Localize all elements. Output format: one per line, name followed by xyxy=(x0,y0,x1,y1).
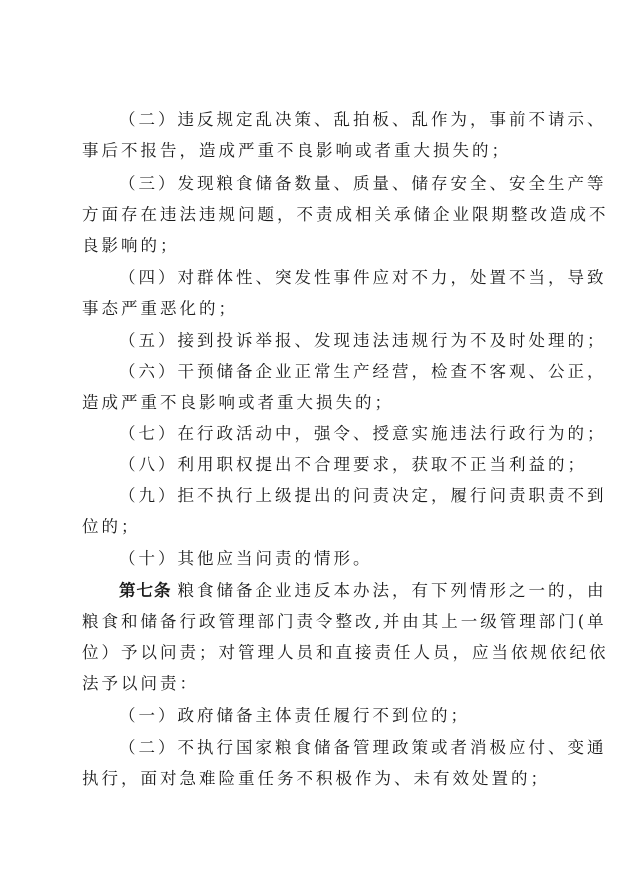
item-3-line-2: 方面存在违法违规问题，不责成相关承储企业限期整改造成不 xyxy=(82,203,609,227)
item-7-line-1: （七）在行政活动中，强令、授意实施违法行政行为的； xyxy=(119,422,607,446)
item-2-line-2: 事后不报告，造成严重不良影响或者重大损失的； xyxy=(82,139,511,163)
article-item-2-line-1: （二）不执行国家粮食储备管理政策或者消极应付、变通 xyxy=(119,736,607,760)
item-3-line-1: （三）发现粮食储备数量、质量、储存安全、安全生产等 xyxy=(119,172,607,196)
article-item-1-line-1: （一）政府储备主体责任履行不到位的； xyxy=(119,704,470,728)
item-9-line-2: 位的； xyxy=(82,515,141,539)
item-8-line-1: （八）利用职权提出不合理要求，获取不正当利益的； xyxy=(119,453,587,477)
item-3-line-3: 良影响的； xyxy=(82,234,180,258)
article-text: 粮食储备企业违反本办法，有下列情形之一的，由 xyxy=(178,581,607,600)
article-7-line-3: 位）予以问责；对管理人员和直接责任人员，应当依规依纪依 xyxy=(82,641,609,665)
article-7-line-2: 粮食和储备行政管理部门责令整改,并由其上一级管理部门(单 xyxy=(82,610,607,634)
item-2-line-1: （二）违反规定乱决策、乱拍板、乱作为，事前不请示、 xyxy=(119,108,607,132)
article-7-line-1: 第七条粮食储备企业违反本办法，有下列情形之一的，由 xyxy=(119,579,607,603)
item-9-line-1: （九）拒不执行上级提出的问责决定，履行问责职责不到 xyxy=(119,484,607,508)
item-4-line-2: 事态严重恶化的； xyxy=(82,297,238,321)
article-item-2-line-2: 执行，面对急难险重任务不积极作为、未有效处置的； xyxy=(82,767,550,791)
document-page: （二）违反规定乱决策、乱拍板、乱作为，事前不请示、 事后不报告，造成严重不良影响… xyxy=(0,0,633,878)
item-5-line-1: （五）接到投诉举报、发现违法违规行为不及时处理的； xyxy=(119,329,607,353)
article-7-line-4: 法予以问责： xyxy=(82,672,199,696)
item-6-line-2: 造成严重不良影响或者重大损失的； xyxy=(82,391,394,415)
article-heading: 第七条 xyxy=(119,581,172,600)
item-4-line-1: （四）对群体性、突发性事件应对不力，处置不当，导致 xyxy=(119,266,607,290)
item-10-line-1: （十）其他应当问责的情形。 xyxy=(119,547,373,571)
item-6-line-1: （六）干预储备企业正常生产经营，检查不客观、公正， xyxy=(119,360,607,384)
